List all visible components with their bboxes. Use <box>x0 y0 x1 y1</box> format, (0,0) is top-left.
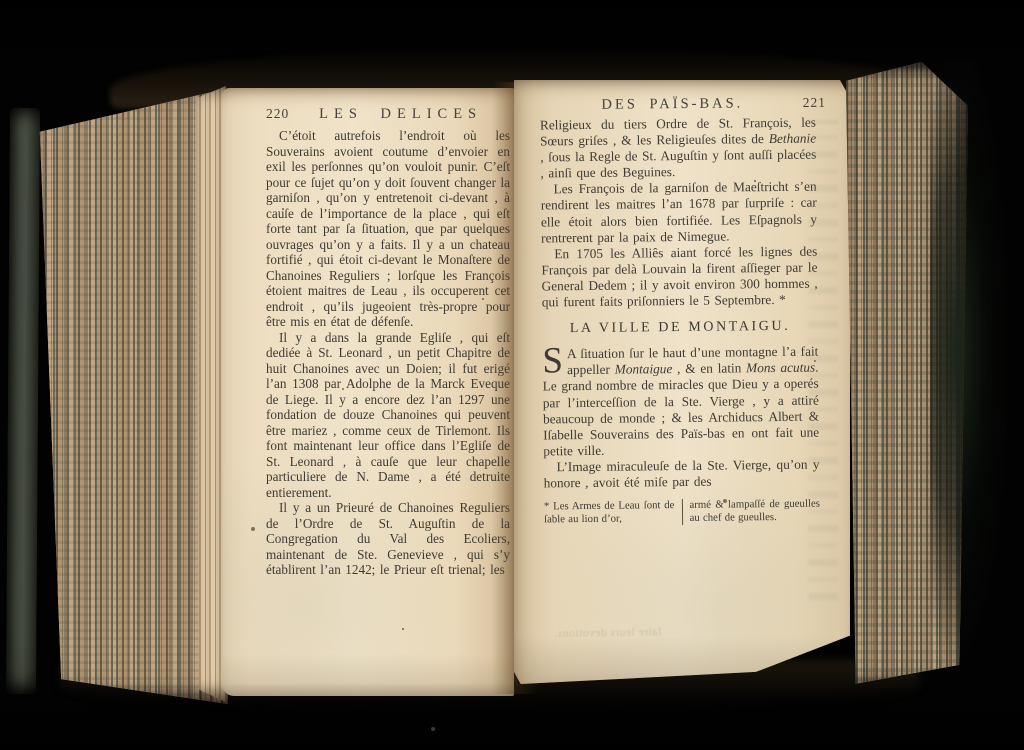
paragraph: Les François de la garniſon de Maeſtrich… <box>541 179 818 246</box>
text-segment: Mons acutus <box>746 360 815 376</box>
paragraph: SA ſituation ſur le haut d’une montagne … <box>542 344 819 460</box>
page-right: DES PAÏS-BAS. 221 Religieux du tiers Ord… <box>514 80 850 684</box>
text-segment: , & en latin <box>672 361 746 377</box>
paragraph: C’étoit autrefois l’endroit où les Souve… <box>266 128 510 330</box>
right-shadow <box>930 60 1020 700</box>
show-through-margin-smudge <box>808 120 838 600</box>
book-photo: 220 LES DELICES C’étoit autrefois l’endr… <box>0 0 1024 750</box>
paragraph: Il y a dans la grande Egliſe , qui eſt d… <box>266 330 510 501</box>
page-number-right: 221 <box>803 95 826 111</box>
paper-speck <box>282 208 284 210</box>
text-segment: Les François de la garniſon de Maeſtrich… <box>541 179 817 245</box>
text-block-right-section: SA ſituation ſur le haut d’une montagne … <box>542 344 820 492</box>
drop-cap: S <box>542 346 567 375</box>
text-block-right-top: Religieux du tiers Ordre de St. François… <box>540 115 818 311</box>
paragraph: Il y a un Prieuré de Chanoines Reguliers… <box>266 500 510 578</box>
text-block-right: Religieux du tiers Ordre de St. François… <box>540 115 820 527</box>
text-segment: L’Image miraculeuſe de la Ste. Vierge, q… <box>544 456 820 490</box>
show-through-ghost-text: faire leurs devotions. <box>554 624 794 640</box>
text-block-left: C’étoit autrefois l’endroit où les Souve… <box>266 128 510 578</box>
book-cover-board-edge <box>6 108 40 694</box>
footnote: * Les Armes de Leau ſont de ſable au lio… <box>544 498 820 527</box>
text-segment: Il y a un Prieuré de Chanoines Reguliers… <box>266 500 510 577</box>
section-heading: LA VILLE DE MONTAIGU. <box>542 319 818 338</box>
text-segment: Il y a dans la grande Egliſe , qui eſt d… <box>266 330 510 500</box>
paper-speck <box>754 180 756 182</box>
footnote-right-column: armé & lampaſſé de gueulles au chef de g… <box>681 498 820 525</box>
paragraph: En 1705 les Alliês aiant forcé les ligne… <box>541 243 818 310</box>
paragraph: Religieux du tiers Ordre de St. François… <box>540 115 817 182</box>
running-title-right: DES PAÏS-BAS. <box>542 95 803 114</box>
text-segment: Montaigue <box>615 361 673 377</box>
text-segment: C’étoit autrefois l’endroit où les Souve… <box>266 128 510 329</box>
page-header-left: 220 LES DELICES <box>266 106 512 123</box>
text-segment: En 1705 les Alliês aiant forcé les ligne… <box>541 243 817 309</box>
page-header-right: DES PAÏS-BAS. 221 <box>542 95 826 114</box>
running-title-left: LES DELICES <box>289 106 512 123</box>
page-number-left: 220 <box>266 106 289 122</box>
paragraph: L’Image miraculeuſe de la Ste. Vierge, q… <box>543 456 819 491</box>
footnote-left-column: * Les Armes de Leau ſont de ſable au lio… <box>544 499 682 526</box>
page-left: 220 LES DELICES C’étoit autrefois l’endr… <box>222 88 514 696</box>
text-segment: , ſous la Regle de St. Auguſtin y ſont a… <box>540 147 816 181</box>
